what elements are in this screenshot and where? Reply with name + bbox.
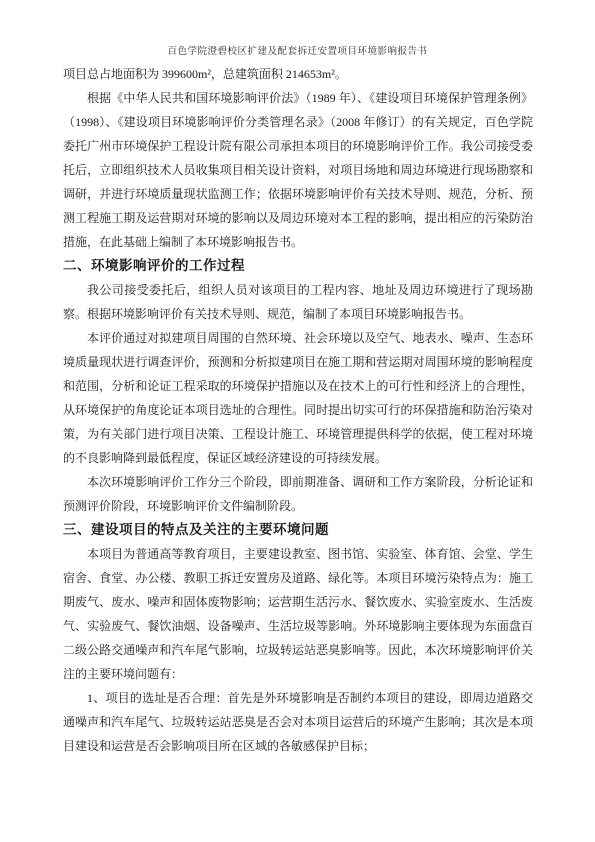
paragraph: 本评价通过对拟建项目周围的自然环境、社会环境以及空气、地表水、噪声、生态环境质量… [63, 326, 533, 470]
document-page: 百色学院澄碧校区扩建及配套拆迁安置项目环境影响报告书 项目总占地面积为 3996… [0, 0, 595, 842]
section-heading: 三、建设项目的特点及关注的主要环境问题 [63, 518, 533, 542]
page-header-title: 百色学院澄碧校区扩建及配套拆迁安置项目环境影响报告书 [167, 47, 427, 57]
page-header: 百色学院澄碧校区扩建及配套拆迁安置项目环境影响报告书 [0, 46, 595, 58]
paragraph: 根据《中华人民共和国环境影响评价法》（1989 年）、《建设项目环境保护管理条例… [63, 86, 533, 254]
document-body: 项目总占地面积为 399600m²，总建筑面积 214653m²。根据《中华人民… [63, 62, 533, 758]
paragraph: 本次环境影响评价工作分三个阶段，即前期准备、调研和工作方案阶段，分析论证和预测评… [63, 470, 533, 518]
paragraph: 我公司接受委托后，组织人员对该项目的工程内容、地址及周边环境进行了现场勘察。根据… [63, 278, 533, 326]
section-heading: 二、环境影响评价的工作过程 [63, 254, 533, 278]
paragraph: 1、项目的选址是否合理：首先是外环境影响是否制约本项目的建设，即周边道路交通噪声… [63, 686, 533, 758]
paragraph: 项目总占地面积为 399600m²，总建筑面积 214653m²。 [63, 62, 533, 86]
paragraph: 本项目为普通高等教育项目，主要建设教室、图书馆、实验室、体育馆、会堂、学生宿舍、… [63, 542, 533, 686]
